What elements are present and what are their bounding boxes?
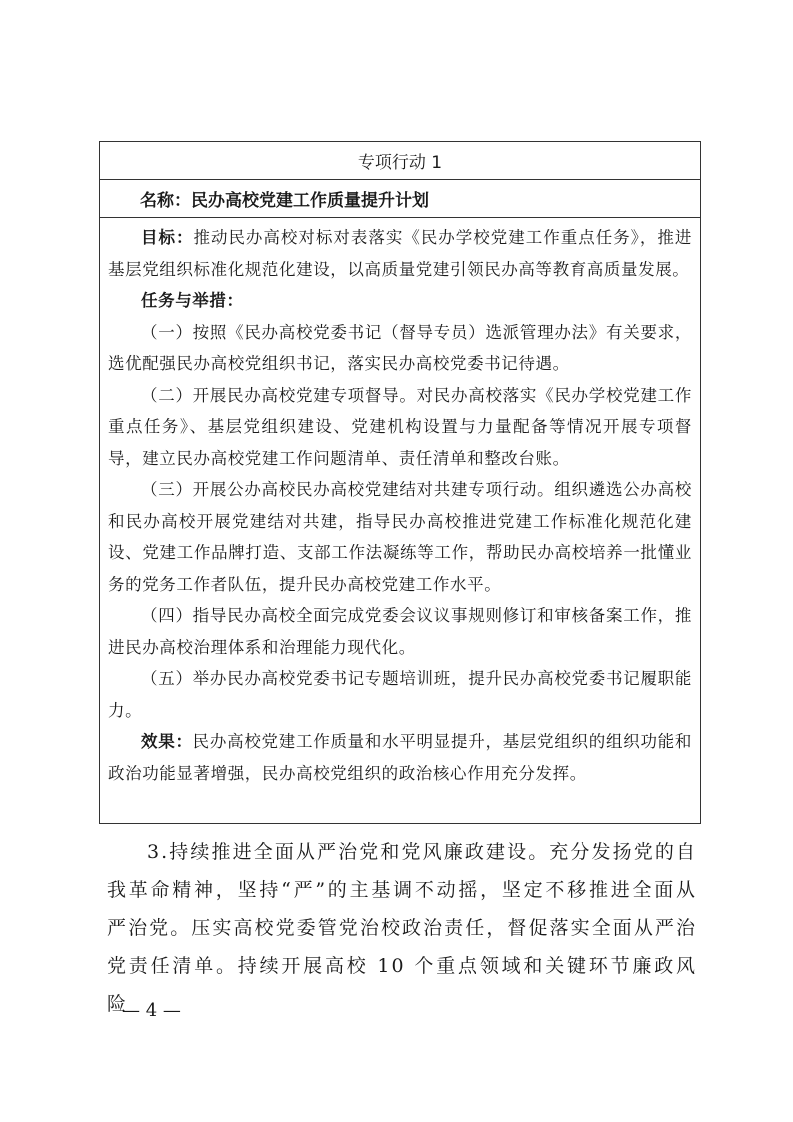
task-item: （四）指导民办高校全面完成党委会议议事规则修订和审核备案工作，推进民办高校治理体… — [108, 600, 692, 663]
goal-label: 目标： — [141, 228, 193, 247]
effect-paragraph: 效果：民办高校党建工作质量和水平明显提升，基层党组织的组织功能和政治功能显著增强… — [108, 726, 692, 789]
goal-text: 推动民办高校对标对表落实《民办学校党建工作重点任务》，推进基层党组织标准化规范化… — [108, 228, 692, 279]
table-name-row: 名称： 民办高校党建工作质量提升计划 — [100, 180, 700, 218]
page-number: — 4 — — [122, 1000, 181, 1021]
table-body: 目标：推动民办高校对标对表落实《民办学校党建工作重点任务》，推进基层党组织标准化… — [100, 218, 700, 789]
task-item: （五）举办民办高校党委书记专题培训班，提升民办高校党委书记履职能力。 — [108, 663, 692, 726]
body-section: 3.持续推进全面从严治党和党风廉政建设。充分发扬党的自我革命精神，坚持“严”的主… — [107, 833, 697, 1023]
table-title: 专项行动 1 — [100, 142, 700, 180]
effect-text: 民办高校党建工作质量和水平明显提升，基层党组织的组织功能和政治功能显著增强，民办… — [108, 732, 692, 783]
task-item: （三）开展公办高校民办高校党建结对共建专项行动。组织遴选公办高校和民办高校开展党… — [108, 474, 692, 600]
body-paragraph: 3.持续推进全面从严治党和党风廉政建设。充分发扬党的自我革命精神，坚持“严”的主… — [107, 833, 697, 1023]
name-value: 民办高校党建工作质量提升计划 — [191, 186, 429, 211]
goal-paragraph: 目标：推动民办高校对标对表落实《民办学校党建工作重点任务》，推进基层党组织标准化… — [108, 222, 692, 285]
task-item: （一）按照《民办高校党委书记（督导专员）选派管理办法》有关要求，选优配强民办高校… — [108, 317, 692, 380]
name-label: 名称： — [140, 186, 191, 211]
tasks-label: 任务与举措： — [108, 285, 692, 317]
special-action-table: 专项行动 1 名称： 民办高校党建工作质量提升计划 目标：推动民办高校对标对表落… — [99, 141, 701, 824]
effect-label: 效果： — [141, 732, 193, 751]
task-item: （二）开展民办高校党建专项督导。对民办高校落实《民办学校党建工作重点任务》、基层… — [108, 380, 692, 475]
